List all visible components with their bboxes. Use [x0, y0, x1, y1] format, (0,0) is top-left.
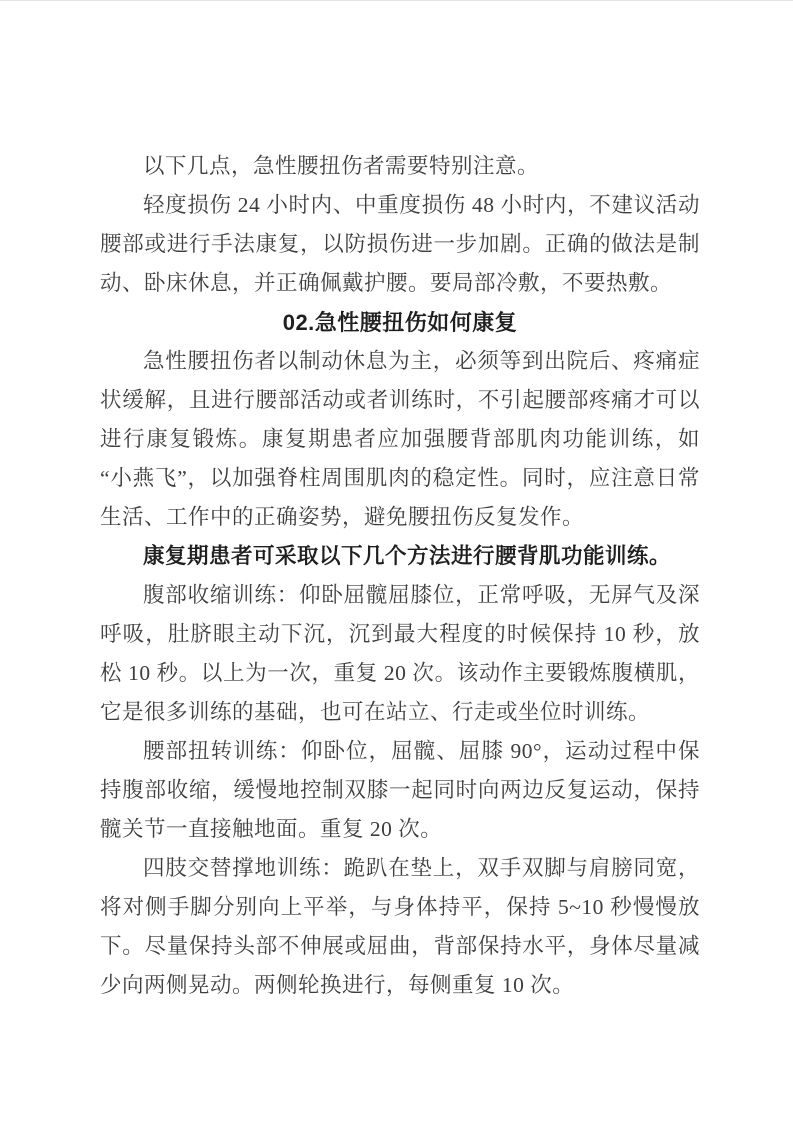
- subheading-training-methods: 康复期患者可采取以下几个方法进行腰背肌功能训练。: [100, 537, 700, 576]
- paragraph-quadruped-alternating-training: 四肢交替撑地训练：跪趴在垫上，双手双脚与肩膀同宽，将对侧手脚分别向上平举，与身体…: [100, 849, 700, 1005]
- section-heading-recovery: 02.急性腰扭伤如何康复: [100, 303, 700, 342]
- paragraph-acute-precautions: 轻度损伤 24 小时内、中重度损伤 48 小时内，不建议活动腰部或进行手法康复，…: [100, 186, 700, 303]
- paragraph-abdominal-contraction-training: 腹部收缩训练：仰卧屈髋屈膝位，正常呼吸，无屏气及深呼吸，肚脐眼主动下沉，沉到最大…: [100, 576, 700, 732]
- document-content: 以下几点，急性腰扭伤者需要特别注意。 轻度损伤 24 小时内、中重度损伤 48 …: [100, 147, 700, 1005]
- paragraph-recovery-overview: 急性腰扭伤者以制动休息为主，必须等到出院后、疼痛症状缓解，且进行腰部活动或者训练…: [100, 342, 700, 537]
- document-page: 以下几点，急性腰扭伤者需要特别注意。 轻度损伤 24 小时内、中重度损伤 48 …: [0, 1, 793, 1122]
- paragraph-note-intro: 以下几点，急性腰扭伤者需要特别注意。: [100, 147, 700, 186]
- paragraph-waist-twist-training: 腰部扭转训练：仰卧位，屈髋、屈膝 90°，运动过程中保持腹部收缩，缓慢地控制双膝…: [100, 732, 700, 849]
